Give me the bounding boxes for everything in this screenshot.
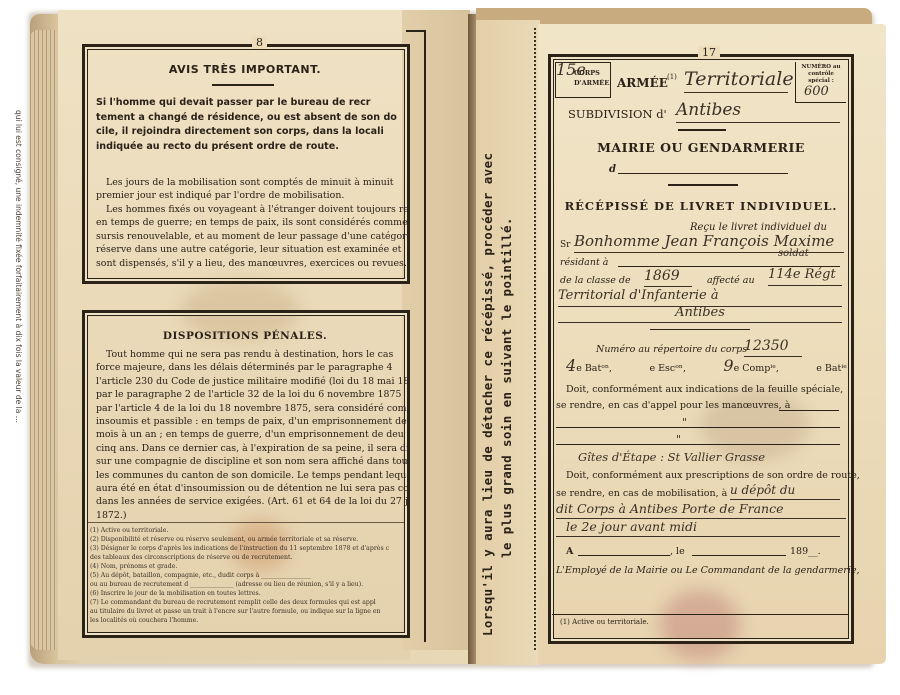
recepisse-title: RÉCÉPISSÉ DE LIVRET INDIVIDUEL. (548, 199, 854, 213)
unit-battalion: 4e Batᵒⁿ, (566, 356, 612, 375)
notice-paragraph-1: Les jours de la mobilisation sont compté… (96, 176, 408, 203)
mairie-field[interactable] (618, 173, 788, 174)
divider (668, 184, 738, 186)
numero-value: 600 (804, 84, 829, 99)
mobilisation-hand-1: u dépôt du (730, 482, 840, 500)
page-number-left: 8 (252, 36, 267, 49)
classe-value: 1869 (644, 267, 692, 287)
notice-title: AVIS TRÈS IMPORTANT. (82, 63, 408, 76)
place-field[interactable] (578, 555, 670, 556)
unit-squadron: e Escᵒⁿ, (649, 356, 686, 375)
penal-title: DISPOSITIONS PÉNALES. (82, 330, 408, 342)
unit-battery: e Batⁱᵉ. (816, 356, 850, 375)
penal-footnotes: (1) Active ou territoriale. (2) Disponib… (90, 526, 406, 625)
manoeuvres-line-2: se rendre, en cas d'appel pour les manœu… (556, 400, 790, 411)
page-edges (30, 30, 58, 650)
le-label: , le (670, 546, 685, 557)
mobilisation-line-2: se rendre, en cas de mobilisation, à (556, 488, 727, 499)
armee-value: Territoriale (684, 66, 788, 93)
corps-label: CORPS D'ARMÉE. (574, 68, 608, 88)
manoeuvres-line-1: Doit, conformément aux indications de la… (566, 384, 843, 395)
divider (678, 129, 726, 131)
divider (552, 614, 848, 615)
divider (650, 329, 750, 330)
subdivision-value: Antibes (676, 98, 840, 123)
right-footnote: (1) Active ou territoriale. (560, 618, 649, 626)
tear-instruction-line-1: Lorsqu'il y aura lieu de détacher ce réc… (480, 36, 495, 636)
perforation-line[interactable] (534, 28, 536, 650)
divider (88, 522, 404, 523)
mairie-title: MAIRIE OU GENDARMERIE (548, 140, 854, 155)
spine-text: qui lui est consigné, une indemnité fixé… (14, 110, 23, 423)
armee-label: ARMÉE (617, 76, 668, 90)
unit-row: 4e Batᵒⁿ, e Escᵒⁿ, 9e Compⁱᵉ, e Batⁱᵉ. (566, 356, 850, 375)
manoeuvres-field[interactable] (556, 427, 840, 428)
armee-footnote-ref: (1) (667, 73, 677, 81)
classe-label: de la classe de (560, 275, 631, 286)
gites-etape: Gîtes d'Étape : St Vallier Grasse (578, 450, 765, 464)
a-label: A (566, 546, 573, 557)
signer-label: L'Employé de la Mairie ou Le Commandant … (556, 565, 860, 576)
manoeuvres-field[interactable] (556, 444, 840, 445)
divider (212, 84, 274, 86)
sieur-label: Sr (560, 240, 570, 250)
page-number-right: 17 (698, 46, 720, 59)
date-field[interactable] (692, 555, 786, 556)
ditto-mark: " (682, 416, 687, 429)
mobilisation-line-1: Doit, conformément aux prescriptions de … (566, 470, 860, 481)
mobilisation-hand-3: le 2e jour avant midi (556, 518, 840, 537)
spine-text-wrap: qui lui est consigné, une indemnité fixé… (14, 110, 26, 600)
subdivision-label: SUBDIVISION d' (568, 107, 667, 121)
notice-paragraph-2: Les hommes fixés ou voyageant à l'étrang… (96, 203, 408, 270)
recipient-grade: soldat (778, 248, 809, 259)
mairie-d-label: d (609, 164, 616, 175)
ditto-mark: " (676, 433, 681, 446)
book-spine (468, 14, 476, 664)
unit-company: 9e Compⁱᵉ, (723, 356, 779, 375)
repertoire-label: Numéro au répertoire du corps (596, 344, 747, 355)
repertoire-value: 12350 (744, 336, 802, 357)
manoeuvres-field[interactable] (779, 410, 839, 411)
residant-label: résidant à (560, 257, 608, 268)
affecte-value: 114e Régt (768, 265, 842, 286)
affecte-label: affecté au (707, 275, 755, 286)
mobilisation-hand-2: dit Corps à Antibes Porte de France (556, 500, 846, 519)
left-page-flap (402, 10, 470, 650)
affecte-line-3: Antibes (558, 304, 842, 323)
tear-instruction-line-2: le plus grand soin en suivant le pointil… (499, 36, 514, 636)
numero-label: NUMÉRO au contrôle spécial : (797, 64, 845, 85)
year-label: 189__. (790, 546, 821, 557)
notice-bold-paragraph: Si l'homme qui devait passer par le bure… (96, 96, 408, 154)
penal-text: Tout homme qui ne sera pas rendu à desti… (96, 348, 408, 522)
